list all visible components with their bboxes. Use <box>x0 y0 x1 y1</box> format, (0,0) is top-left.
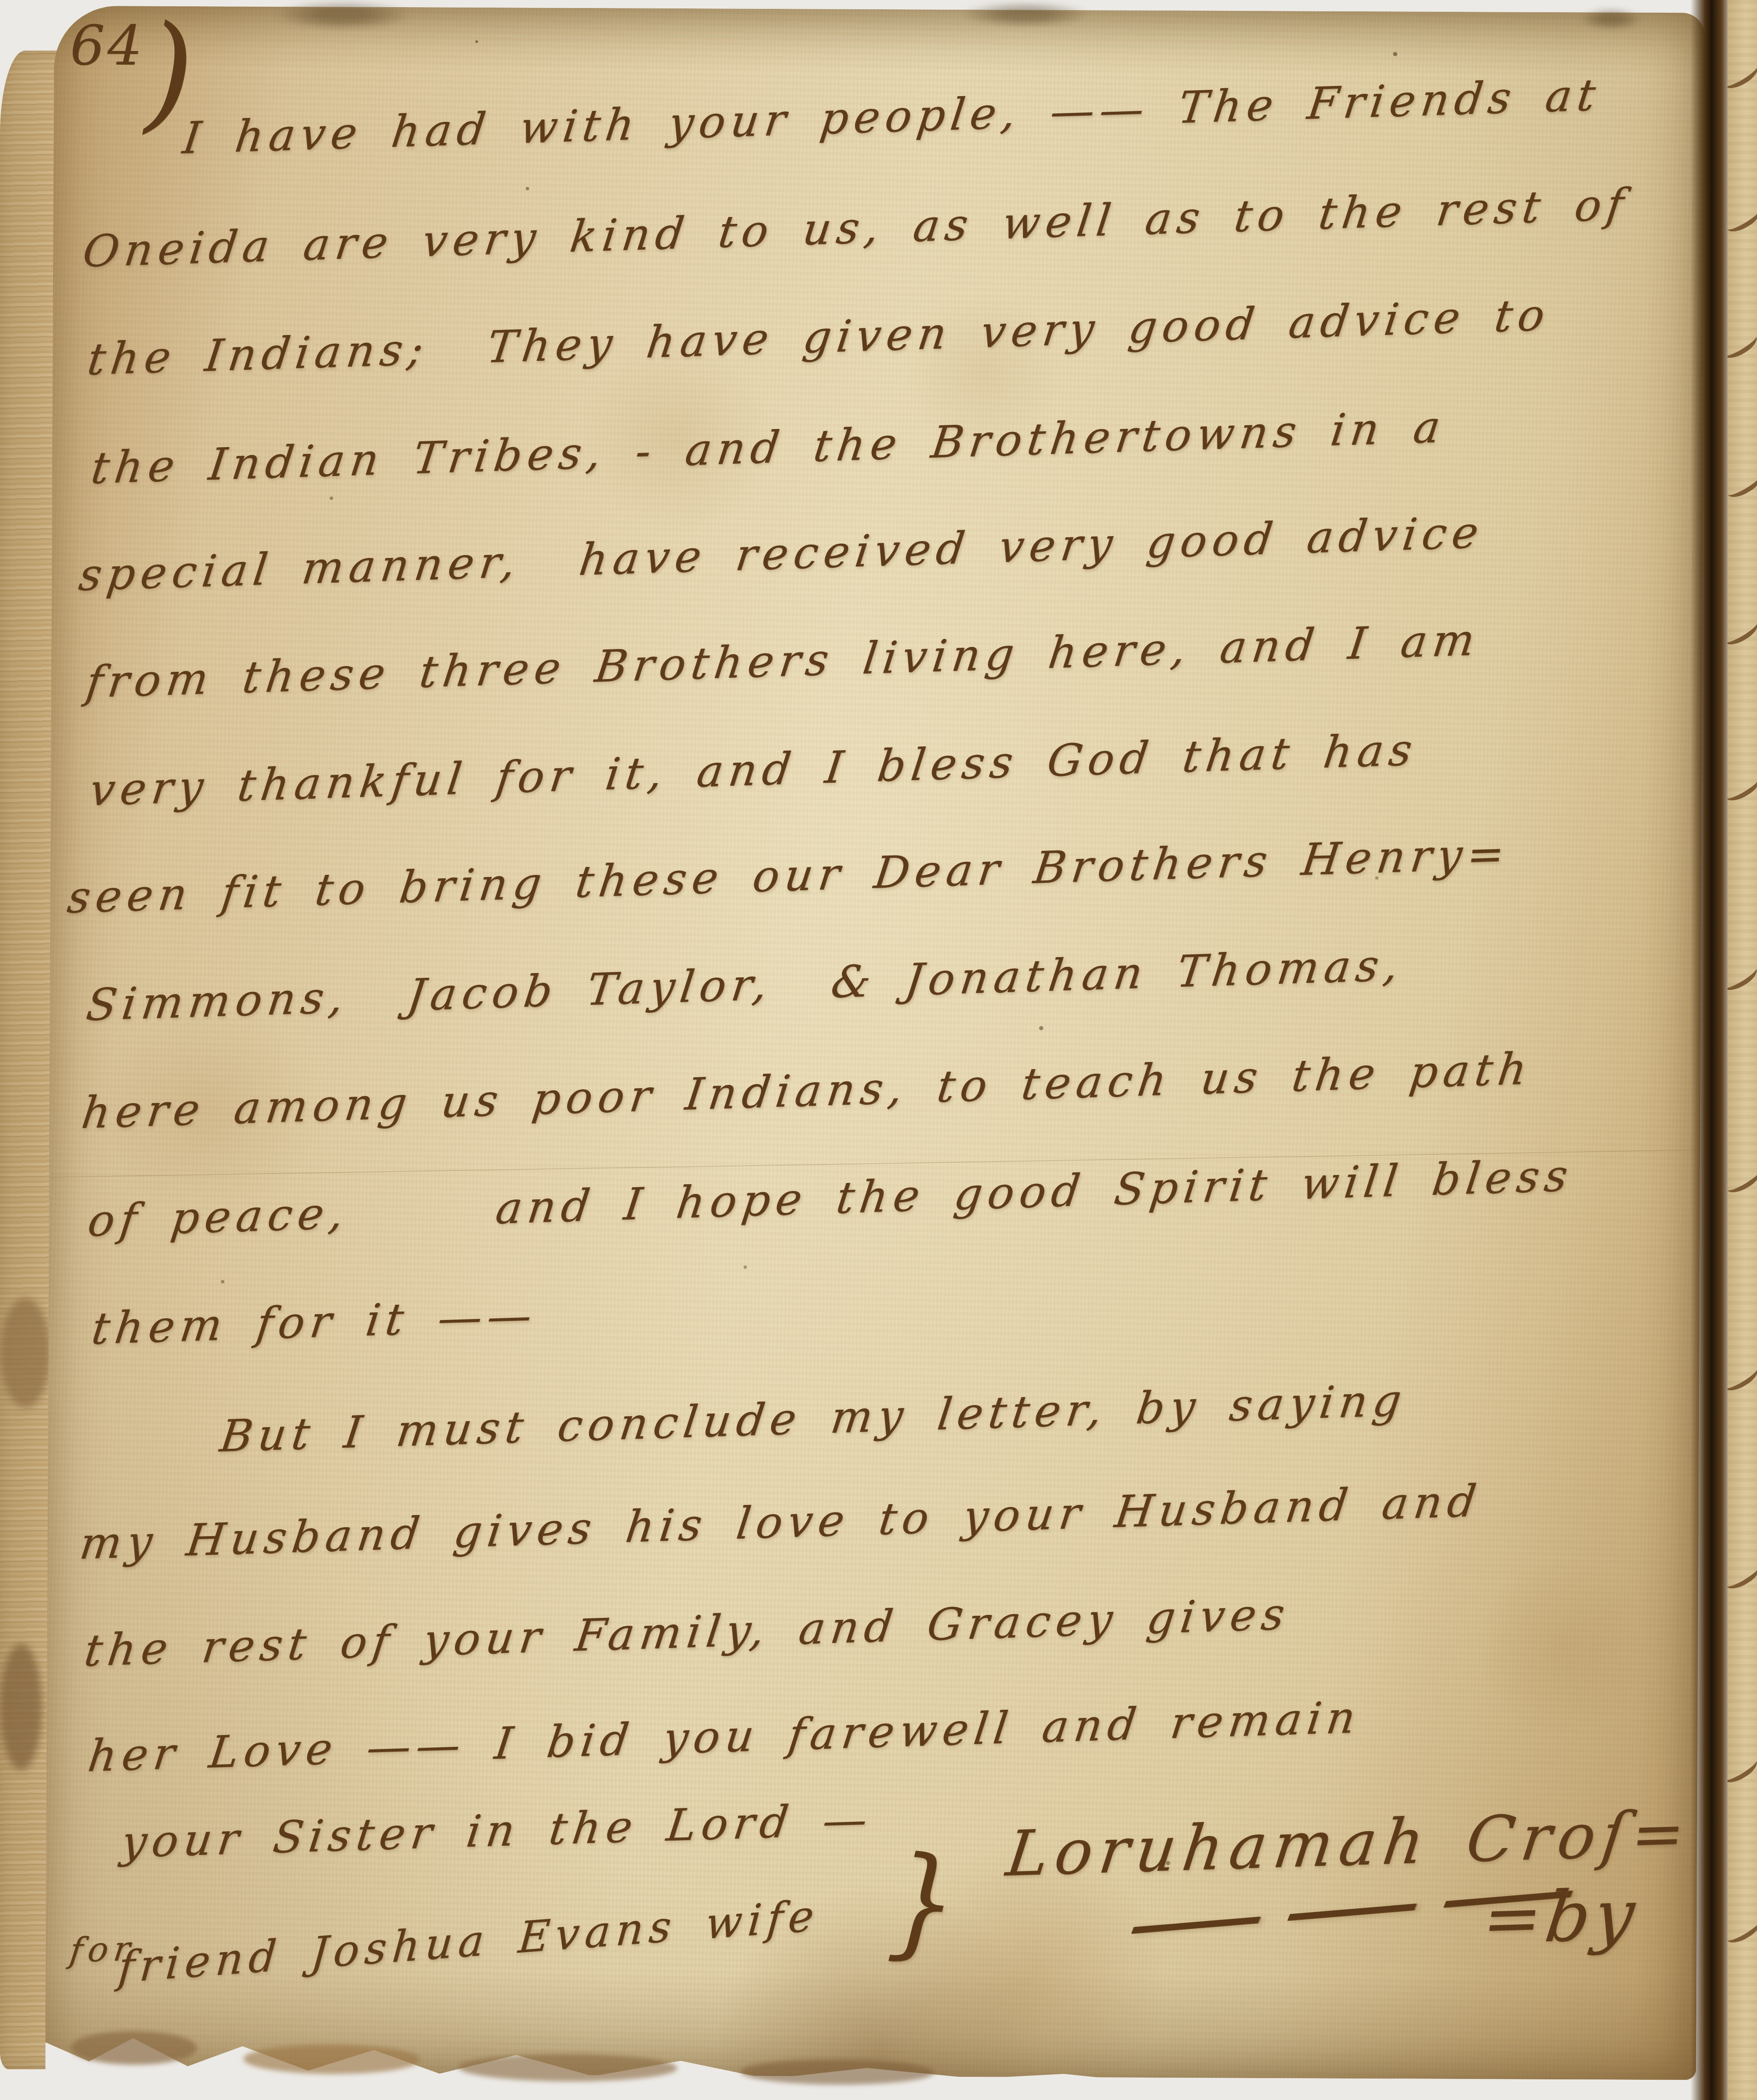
manuscript-line-12: them for it —— <box>89 1289 540 1354</box>
facing-page-ink-fragment <box>1728 1559 1757 1593</box>
facing-page-ink-fragment <box>1728 467 1757 502</box>
facing-page-ink-fragment <box>1728 202 1757 236</box>
manuscript-line-10: here among us poor Indians, to teach us … <box>79 1043 1535 1139</box>
manuscript-line-4: the Indian Tribes, - and the Brothertown… <box>88 401 1449 494</box>
manuscript-line-2: Oneida are very kind to us, as well as t… <box>80 178 1632 277</box>
manuscript-line-13: But I must conclude my letter, by saying <box>217 1374 1410 1462</box>
binding-fragment <box>1579 7 1642 31</box>
facing-page-ink-fragment <box>1728 960 1757 995</box>
torn-edge-fiber <box>0 1298 51 1408</box>
facing-page-ink-fragment <box>1728 771 1757 805</box>
facing-page-ink-fragment <box>1728 59 1757 93</box>
page-number-value: 64 <box>70 13 145 78</box>
attribution-brace-flourish: } <box>884 1829 967 1974</box>
binding-fragment <box>273 0 412 31</box>
facing-page-ink-fragment <box>1728 615 1757 649</box>
facing-page-ink-fragment <box>1728 328 1757 363</box>
torn-edge-fiber <box>70 2031 197 2065</box>
scanned-manuscript-scene: 64) I have had with your people, —— The … <box>0 0 1757 2100</box>
manuscript-line-1: I have had with your people, —— The Frie… <box>180 69 1604 164</box>
facing-page-sliver <box>1728 0 1757 2100</box>
manuscript-line-15: the rest of your Family, and Gracey give… <box>81 1588 1293 1676</box>
facing-page-ink-fragment <box>1728 1753 1757 1787</box>
book-gutter-shadow <box>1690 0 1729 2100</box>
manuscript-line-8: seen fit to bring these our Dear Brother… <box>64 828 1513 923</box>
manuscript-line-9: Simmons, Jacob Taylor, & Jonathan Thomas… <box>83 939 1406 1031</box>
manuscript-page: 64) I have had with your people, —— The … <box>45 5 1705 2080</box>
binding-fragment <box>960 0 1091 28</box>
torn-edge-fiber <box>0 1644 42 1770</box>
manuscript-line-16: her Love —— I bid you farewell and remai… <box>85 1691 1363 1782</box>
manuscript-line-6: from these three Brothers living here, a… <box>83 614 1483 708</box>
page-number: 64) <box>70 13 194 93</box>
manuscript-line-14: my Husband gives his love to your Husban… <box>77 1475 1485 1569</box>
manuscript-line-3: the Indians; They have given very good a… <box>85 289 1553 385</box>
attribution-joshua-evans-wife: friend Joshua Evans wife <box>116 1891 821 1993</box>
ink-specks <box>475 40 478 43</box>
signature-continuation-by: =by <box>1478 1874 1643 1960</box>
facing-page-ink-fragment <box>1728 1163 1757 1197</box>
torn-edge-fiber <box>740 2059 934 2085</box>
manuscript-line-7: very thankful for it, and I bless God th… <box>87 724 1420 816</box>
facing-page-ink-fragment <box>1728 1361 1757 1395</box>
manuscript-line-5: special manner, have received very good … <box>76 506 1487 601</box>
facing-page-ink-fragment <box>1728 1913 1757 1947</box>
manuscript-line-17: your Sister in the Lord — <box>118 1793 876 1868</box>
